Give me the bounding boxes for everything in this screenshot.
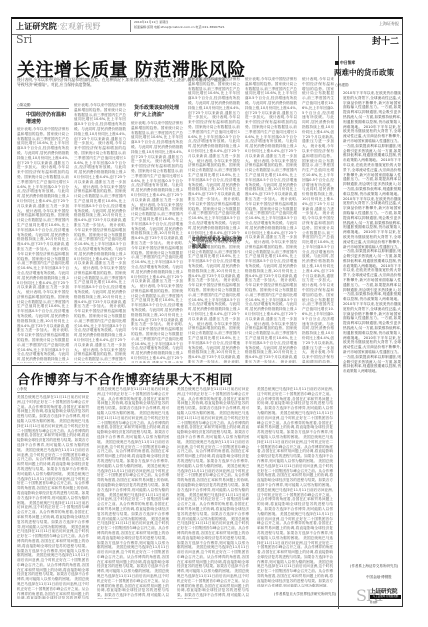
paper-name: 上海证券报 <box>379 21 399 27</box>
sidebar-byline: ○孙建勋 <box>335 83 349 88</box>
sri-wordmark: Sri <box>16 33 32 46</box>
second-col-3: 美国总统奥巴马选择在11月11日前后访问亚洲,这个时机正好在二十国集团首尔峰会召… <box>177 387 249 599</box>
lead-col-5: 统计表明,今年以来中国经济保有温和增加的趋势。国家统计局公布数据显示,前三季度国… <box>245 77 297 363</box>
tag-square-icon <box>335 61 339 65</box>
sri-logo-name: 上证研究院 <box>370 587 398 595</box>
lead-subhead-3: 如何防范和化解经济滞胀风险 <box>192 237 242 251</box>
sri-logo-bar: 与上证智库·宏观新视野 <box>370 595 401 599</box>
lead-col-1: 统计表明,今年以来中国经济保有温和增加的趋势。国家统计局公布数据显示,前三季度国… <box>17 127 69 363</box>
sidebar-headline: 两难中的货币政策 <box>334 67 394 78</box>
sri-footer-logo: SRI 上证研究院 与上证智库·宏观新视野 新视野 <box>356 586 402 606</box>
page-number: 封十二 <box>372 34 399 47</box>
lead-subhead-2: 货币政策该如何处理好"火上浇油" <box>134 105 186 119</box>
sidebar-author-note: 中国金融·傅钢胜 <box>366 575 392 580</box>
sidebar-divider <box>338 36 339 609</box>
sidebar-tag: 中日智库 <box>335 60 355 66</box>
editor-contact: 版面编辑:邱钢 电邮:zhoq@cnstock.com.cn 电话:021-38… <box>134 25 225 30</box>
lead-subhead-1: 中国经济仍有温和增速势 <box>26 112 70 126</box>
sidebar-closing: (作者系上海证券交易所研究员) <box>350 564 398 569</box>
sri-logo-caption: 新视野 <box>370 600 378 604</box>
section-name: ·宏观新视野 <box>57 22 101 31</box>
lead-col-4: 统计表明,今年以来中国经济保有温和增加的趋势。国家统计局公布数据显示,前三季度国… <box>188 77 240 363</box>
sidebar-body: 2010年下半年以来,在欧美货币继续宽松的大背景下,全球流动性泛滥,大宗商品价格… <box>343 91 401 561</box>
second-col-1: 美国总统奥巴马选择在11月11日前后访问亚洲,这个时机正好在二十国集团首尔峰会召… <box>17 395 89 599</box>
sidebar-tag-label: 中日智库 <box>340 60 355 65</box>
lead-col-3: 统计表明,今年以来中国经济保有温和增加的趋势。国家统计局公布数据显示,前三季度国… <box>131 121 183 363</box>
byline-rule <box>17 108 69 109</box>
masthead: 上证研究院·宏观新视野 2010年11月11日 星期四 版面编辑:邱钢 电邮:z… <box>12 19 402 35</box>
issue-meta: 2010年11月11日 星期四 版面编辑:邱钢 电邮:zhoq@cnstock.… <box>130 20 225 32</box>
newspaper-page: 上证研究院·宏观新视野 2010年11月11日 星期四 版面编辑:邱钢 电邮:z… <box>11 17 403 607</box>
lead-col-2: 统计表明,今年以来中国经济保有温和增加的趋势。国家统计局公布数据显示,前三季度国… <box>74 103 126 363</box>
article-divider <box>12 365 338 366</box>
brand-name: 上证研究院 <box>16 22 57 31</box>
section-brand: 上证研究院·宏观新视野 <box>16 21 101 32</box>
lead-col-6: 统计表明,今年以来中国经济保有温和增加的趋势。国家统计局公布数据显示,前三季度国… <box>302 77 334 363</box>
second-col-2: 美国总统奥巴马选择在11月11日前后访问亚洲,这个时机正好在二十国集团首尔峰会召… <box>97 387 169 599</box>
second-col-4: 美国总统奥巴马选择在11月11日前后访问亚洲,这个时机正好在二十国集团首尔峰会召… <box>257 387 333 587</box>
second-byline-rule <box>17 392 89 393</box>
second-headline: 合作博弈与不合作博弈结果大不相同 <box>17 369 233 388</box>
second-footnote: (作者系复旦大学世界经济研究所研究员) <box>274 592 336 597</box>
